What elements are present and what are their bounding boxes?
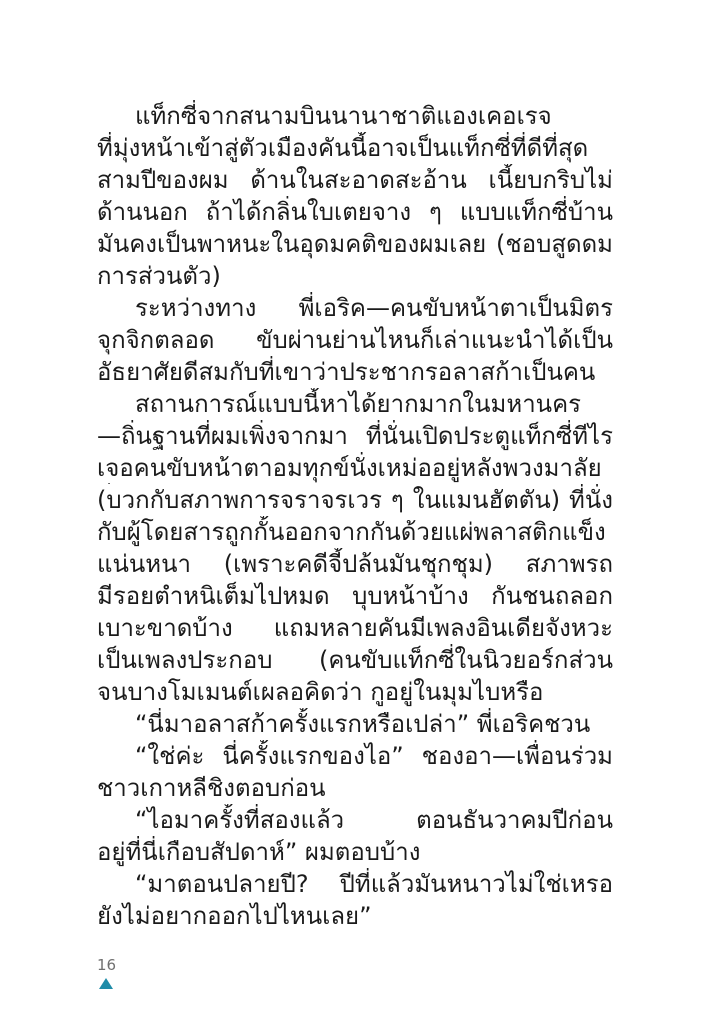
triangle-up-icon	[99, 978, 113, 989]
text-line: ยังไม่อยากออกไปไหนเลย”	[97, 900, 613, 932]
text-line: “มาตอนปลายปี? ปีที่แล้วมันหนาวไม่ใช่เหรอ…	[97, 868, 613, 900]
text-line: แท็กซี่จากสนามบินนานาชาติแองเคอเรจ (Anch…	[97, 100, 613, 132]
text-line: แน่นหนา (เพราะคดีจี้ปล้นมันชุกชุม) สภาพร…	[97, 548, 613, 580]
text-line: อยู่ที่นี่เกือบสัปดาห์” ผมตอบบ้าง	[97, 836, 613, 868]
book-page: แท็กซี่จากสนามบินนานาชาติแองเคอเรจ (Anch…	[0, 0, 711, 1024]
paragraph: แท็กซี่จากสนามบินนานาชาติแองเคอเรจ (Anch…	[97, 100, 613, 292]
text-line: การส่วนตัว)	[97, 260, 613, 292]
paragraph: ระหว่างทาง พี่เอริค—คนขับหน้าตาเป็นมิตรช…	[97, 292, 613, 388]
page-number: 16	[97, 955, 116, 975]
paragraph-dialogue: “ใช่ค่ะ นี่ครั้งแรกของไอ” ชองอา—เพื่อนร่…	[97, 740, 613, 804]
text-line: จุกจิกตลอด ขับผ่านย่านไหนก็เล่าแนะนำได้เ…	[97, 324, 613, 356]
paragraph-dialogue: “ไอมาครั้งที่สองแล้ว ตอนธันวาคมปีก่อน (2…	[97, 804, 613, 868]
text-line: “นี่มาอลาสก้าครั้งแรกหรือเปล่า” พี่เอริค…	[97, 708, 613, 740]
text-line: (บวกกับสภาพการจราจรเวร ๆ ในแมนฮัตตัน) ที…	[97, 484, 613, 516]
text-line: ชาวเกาหลีชิงตอบก่อน	[97, 772, 613, 804]
text-line: เบาะขาดบ้าง แถมหลายคันมีเพลงอินเดียจังหว…	[97, 612, 613, 644]
text-line: สามปีของผม ด้านในสะอาดสะอ้าน เนี้ยบกริบไ…	[97, 164, 613, 196]
text-line: ที่มุ่งหน้าเข้าสู่ตัวเมืองคันนี้อาจเป็นแ…	[97, 132, 613, 164]
text-line: “ไอมาครั้งที่สองแล้ว ตอนธันวาคมปีก่อน (2…	[97, 804, 613, 836]
page-footer: 16	[97, 955, 116, 989]
text-line: เจอคนขับหน้าตาอมทุกข์นั่งเหม่ออยู่หลังพว…	[97, 452, 613, 484]
text-line: มันคงเป็นพาหนะในอุดมคติของผมเลย (ชอบสูดด…	[97, 228, 613, 260]
text-line: เป็นเพลงประกอบ (คนขับแท็กซี่ในนิวยอร์กส่…	[97, 644, 613, 676]
text-line: สถานการณ์แบบนี้หาได้ยากมากในมหานครนิวยอร…	[97, 388, 613, 420]
text-line: จนบางโมเมนต์เผลอคิดว่า กูอยู่ในมุมไบหรือ…	[97, 676, 613, 708]
text-line: มีรอยตำหนิเต็มไปหมด บุบหน้าบ้าง กันชนถลอ…	[97, 580, 613, 612]
text-line: “ใช่ค่ะ นี่ครั้งแรกของไอ” ชองอา—เพื่อนร่…	[97, 740, 613, 772]
text-line: ด้านนอก ถ้าได้กลิ่นใบเตยจาง ๆ แบบแท็กซี่…	[97, 196, 613, 228]
text-line: กับผู้โดยสารถูกกั้นออกจากกันด้วยแผ่พลาสต…	[97, 516, 613, 548]
paragraph-dialogue: “นี่มาอลาสก้าครั้งแรกหรือเปล่า” พี่เอริค…	[97, 708, 613, 740]
paragraph: สถานการณ์แบบนี้หาได้ยากมากในมหานครนิวยอร…	[97, 388, 613, 708]
text-line: อัธยาศัยดีสมกับที่เขาว่าประชากรอลาสก้าเป…	[97, 356, 613, 388]
text-line: ระหว่างทาง พี่เอริค—คนขับหน้าตาเป็นมิตรช…	[97, 292, 613, 324]
text-line: —ถิ่นฐานที่ผมเพิ่งจากมา ที่นั่นเปิดประตู…	[97, 420, 613, 452]
paragraph-dialogue: “มาตอนปลายปี? ปีที่แล้วมันหนาวไม่ใช่เหรอ…	[97, 868, 613, 932]
body-text: แท็กซี่จากสนามบินนานาชาติแองเคอเรจ (Anch…	[97, 100, 613, 932]
